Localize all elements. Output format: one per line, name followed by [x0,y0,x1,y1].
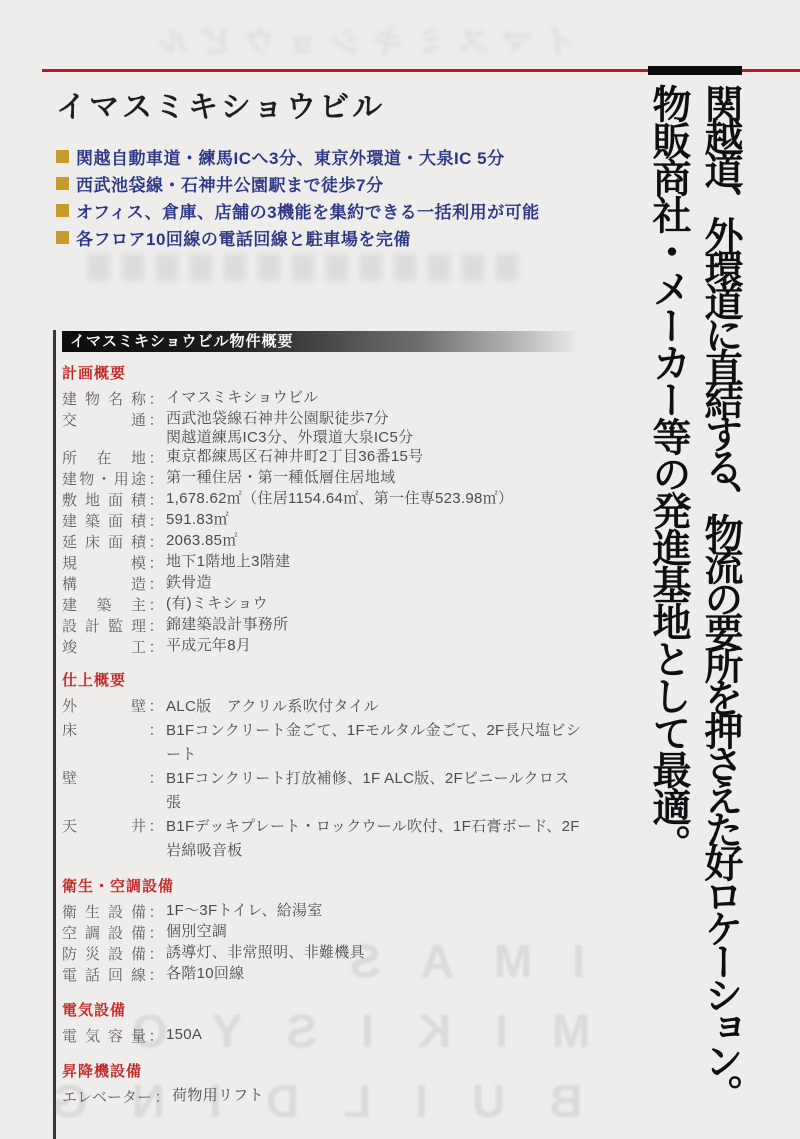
brochure-page: イマスミキショウビル イマスミキショウビル 関越自動車道・練馬ICへ3分、東京外… [0,0,800,1139]
spec-value: B1Fコンクリート金ごて、1Fモルタル金ごて、2F長尺塩ビシート [166,719,584,767]
spec-row: 天井：B1Fデッキプレート・ロックウール吹付、1F石膏ボード、2F岩綿吸音板 [62,815,584,863]
spec-value: ALC版 アクリル系吹付タイル [166,695,584,719]
spec-row: 設計監理：錦建築設計事務所 [62,615,584,636]
headline-line-1: 関越道、外環道に直結する、物流の要所を押さえた好ロケーション。 [694,84,746,1139]
spec-colon: ： [146,531,166,552]
section-heading: 仕上概要 [62,669,584,691]
spec-row: 建物名称：イマスミキショウビル [62,388,584,409]
spec-colon: ： [146,468,166,489]
section-heading: 計画概要 [62,362,584,384]
spec-value: 1F〜3Fトイレ、給湯室 [166,901,584,920]
spec-value: イマスミキショウビル [166,388,584,407]
spec-colon: ： [146,409,166,430]
bullet-square-icon [56,231,69,244]
spec-value: 錦建築設計事務所 [166,615,584,634]
showthrough-title: イマスミキショウビル [96,16,576,63]
feature-list: 関越自動車道・練馬ICへ3分、東京外環道・大泉IC 5分西武池袋線・石神井公園駅… [56,143,540,251]
spec-colon: ： [146,922,166,943]
spec-colon: ： [146,815,166,836]
showthrough-letter-row: IMAS [310,934,585,988]
spec-label: 床 [62,719,146,740]
feature-item-text: 関越自動車道・練馬ICへ3分、東京外環道・大泉IC 5分 [76,144,505,169]
spec-colon: ： [146,901,166,922]
spec-row: 衛生設備：1F〜3Fトイレ、給湯室 [62,901,584,922]
spec-label: 構造 [62,573,146,594]
spec-row: 建物・用途：第一種住居・第一種低層住居地域 [62,468,584,489]
feature-item: 各フロア10回線の電話回線と駐車場を完備 [56,224,540,251]
vertical-headline: 関越道、外環道に直結する、物流の要所を押さえた好ロケーション。 物販商社・メーカ… [642,84,746,1139]
spec-value-line2: 関越道練馬IC3分、外環道大泉IC5分 [166,428,584,447]
feature-item-text: 西武池袋線・石神井公園駅まで徒歩7分 [76,171,383,196]
spec-label: 設計監理 [62,615,146,636]
spec-value: 西武池袋線石神井公園駅徒歩7分関越道練馬IC3分、外環道大泉IC5分 [166,409,584,447]
spec-colon: ： [146,447,166,468]
spec-value: 東京都練馬区石神井町2丁目36番15号 [166,447,584,466]
spec-label: 規模 [62,552,146,573]
spec-colon: ： [146,573,166,594]
spec-label: 空調設備 [62,922,146,943]
spec-label: 竣工 [62,636,146,657]
spec-row: 壁：B1Fコンクリート打放補修、1F ALC版、2Fビニールクロス張 [62,767,584,815]
spec-row: 延床面積：2063.85㎡ [62,531,584,552]
spec-value: 第一種住居・第一種低層住居地域 [166,468,584,487]
spec-label: 延床面積 [62,531,146,552]
feature-item-text: 各フロア10回線の電話回線と駐車場を完備 [76,225,411,250]
spec-label: 衛生設備 [62,901,146,922]
showthrough-letter-row: BUILDING [8,1074,582,1128]
spec-value: B1Fデッキプレート・ロックウール吹付、1F石膏ボード、2F岩綿吸音板 [166,815,584,863]
spec-label: 敷地面積 [62,489,146,510]
spec-value: 鉄骨造 [166,573,584,592]
spec-value: B1Fコンクリート打放補修、1F ALC版、2Fビニールクロス張 [166,767,584,815]
spec-value: 591.83㎡ [166,510,584,529]
spec-colon: ： [146,510,166,531]
showthrough-letter-row: MIKISYO [88,1004,590,1058]
spec-label: 防災設備 [62,943,146,964]
spec-row: 建築主：(有)ミキショウ [62,594,584,615]
section-heading: 衛生・空調設備 [62,875,584,897]
feature-item: オフィス、倉庫、店舗の3機能を集約できる一括利用が可能 [56,197,540,224]
spec-colon: ： [146,388,166,409]
spec-value: 2063.85㎡ [166,531,584,550]
spec-colon: ： [146,636,166,657]
spec-label: 電話回線 [62,964,146,985]
headline-tick-bar [648,66,742,75]
spec-colon: ： [146,615,166,636]
spec-label: 交通 [62,409,146,430]
spec-sections: 計画概要建物名称：イマスミキショウビル交通：西武池袋線石神井公園駅徒歩7分関越道… [62,362,584,1107]
spec-row: 構造：鉄骨造 [62,573,584,594]
left-border-rule [53,330,56,1139]
spec-label: 建物・用途 [62,468,146,489]
bullet-square-icon [56,150,69,163]
spec-label: 所在地 [62,447,146,468]
spec-label: 天井 [62,815,146,836]
spec-row: 竣工：平成元年8月 [62,636,584,657]
spec-row: 交通：西武池袋線石神井公園駅徒歩7分関越道練馬IC3分、外環道大泉IC5分 [62,409,584,447]
spec-colon: ： [146,943,166,964]
spec-section: 仕上概要外壁：ALC版 アクリル系吹付タイル床：B1Fコンクリート金ごて、1Fモ… [62,669,584,863]
showthrough-text-blur [88,254,520,281]
spec-label: 建築主 [62,594,146,615]
feature-item: 西武池袋線・石神井公園駅まで徒歩7分 [56,170,540,197]
spec-colon: ： [146,489,166,510]
feature-item-text: オフィス、倉庫、店舗の3機能を集約できる一括利用が可能 [76,198,540,223]
spec-label: 壁 [62,767,146,788]
spec-row: 建築面積：591.83㎡ [62,510,584,531]
spec-value: 1,678.62㎡（住居1154.64㎡、第一住専523.98㎡） [166,489,584,508]
spec-row: 規模：地下1階地上3階建 [62,552,584,573]
headline-line-2: 物販商社・メーカー等の発進基地として最適。 [642,84,694,1139]
spec-colon: ： [146,719,166,740]
spec-label: 建築面積 [62,510,146,531]
spec-value: 平成元年8月 [166,636,584,655]
spec-label: 外壁 [62,695,146,716]
building-title: イマスミキショウビル [56,82,385,126]
bullet-square-icon [56,204,69,217]
overview-header-bar: イマスミキショウビル物件概要 [62,331,575,352]
spec-value: 地下1階地上3階建 [166,552,584,571]
spec-colon: ： [146,594,166,615]
spec-row: 敷地面積：1,678.62㎡（住居1154.64㎡、第一住専523.98㎡） [62,489,584,510]
spec-colon: ： [146,695,166,716]
spec-value: (有)ミキショウ [166,594,584,613]
spec-label: 建物名称 [62,388,146,409]
spec-colon: ： [146,767,166,788]
spec-section: 計画概要建物名称：イマスミキショウビル交通：西武池袋線石神井公園駅徒歩7分関越道… [62,362,584,657]
spec-row: 床：B1Fコンクリート金ごて、1Fモルタル金ごて、2F長尺塩ビシート [62,719,584,767]
spec-row: 外壁：ALC版 アクリル系吹付タイル [62,695,584,719]
bullet-square-icon [56,177,69,190]
spec-colon: ： [146,964,166,985]
feature-item: 関越自動車道・練馬ICへ3分、東京外環道・大泉IC 5分 [56,143,540,170]
spec-row: 所在地：東京都練馬区石神井町2丁目36番15号 [62,447,584,468]
spec-colon: ： [146,552,166,573]
